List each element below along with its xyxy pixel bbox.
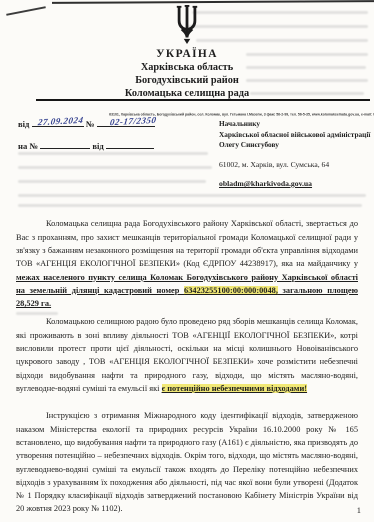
p2-text: Коломацькою селищною радою було проведен… bbox=[16, 317, 358, 392]
out-date-label: від bbox=[18, 119, 29, 129]
in-number-label: на № bbox=[18, 141, 38, 151]
in-number-blank-line bbox=[40, 140, 90, 149]
recipient-block: Начальнику Харківської обласної військов… bbox=[219, 119, 371, 190]
recipient-organization: Харківської обласної військової адмініст… bbox=[219, 130, 371, 141]
paragraph-regulations: Інструкцією з отримання Міжнародного код… bbox=[16, 409, 358, 515]
bleedthrough-artifact bbox=[192, 11, 368, 14]
p1-cadastral-number-highlight: 63423255100:00:000:0048, bbox=[184, 286, 278, 295]
tryzub-emblem-icon bbox=[173, 5, 201, 49]
incoming-reference-line: на № від bbox=[18, 140, 155, 151]
region-title: Харківська область bbox=[0, 61, 374, 74]
district-title: Богодухівський район bbox=[0, 74, 374, 87]
page-number: 1 bbox=[357, 505, 361, 515]
in-date-label: від bbox=[92, 141, 103, 151]
outgoing-reference-line: від № 27.09.2024 02-17/2350 bbox=[18, 118, 155, 129]
reference-block: від № 27.09.2024 02-17/2350 на № від bbox=[18, 118, 155, 162]
in-date-blank-line bbox=[106, 140, 154, 149]
recipient-position: Начальнику bbox=[219, 119, 371, 130]
recipient-name: Олегу Синєгубову bbox=[219, 140, 371, 151]
paragraph-protest: Коломацькою селищною радою було проведен… bbox=[16, 315, 358, 395]
p3-text: Інструкцією з отримання Міжнародного код… bbox=[16, 411, 358, 513]
recipient-address: 61002, м. Харків, вул. Сумська, 64 bbox=[219, 160, 371, 171]
p2-hazard-highlight: є потенційно небезпечними відходами! bbox=[162, 384, 308, 393]
p1-text: Коломацька селищна рада Богодухівського … bbox=[16, 219, 358, 268]
bleedthrough-artifact bbox=[18, 194, 366, 197]
scan-edge-artifact bbox=[52, 0, 374, 4]
bleedthrough-artifact bbox=[18, 204, 362, 207]
number-sign: № bbox=[86, 119, 95, 129]
scanned-letter-page: УКРАЇНА Харківська область Богодухівськи… bbox=[0, 0, 374, 522]
bleedthrough-artifact bbox=[196, 39, 368, 42]
bleedthrough-artifact bbox=[188, 25, 368, 28]
scan-edge-artifact bbox=[6, 6, 46, 16]
paragraph-request: Коломацька селищна рада Богодухівського … bbox=[16, 217, 358, 310]
bleedthrough-artifact bbox=[18, 166, 212, 169]
recipient-email: obladm@kharkivoda.gov.ua bbox=[219, 179, 371, 190]
country-title: УКРАЇНА bbox=[0, 48, 374, 61]
letterhead: УКРАЇНА Харківська область Богодухівськи… bbox=[0, 48, 374, 100]
bleedthrough-artifact bbox=[18, 180, 206, 183]
header-divider bbox=[36, 99, 370, 101]
